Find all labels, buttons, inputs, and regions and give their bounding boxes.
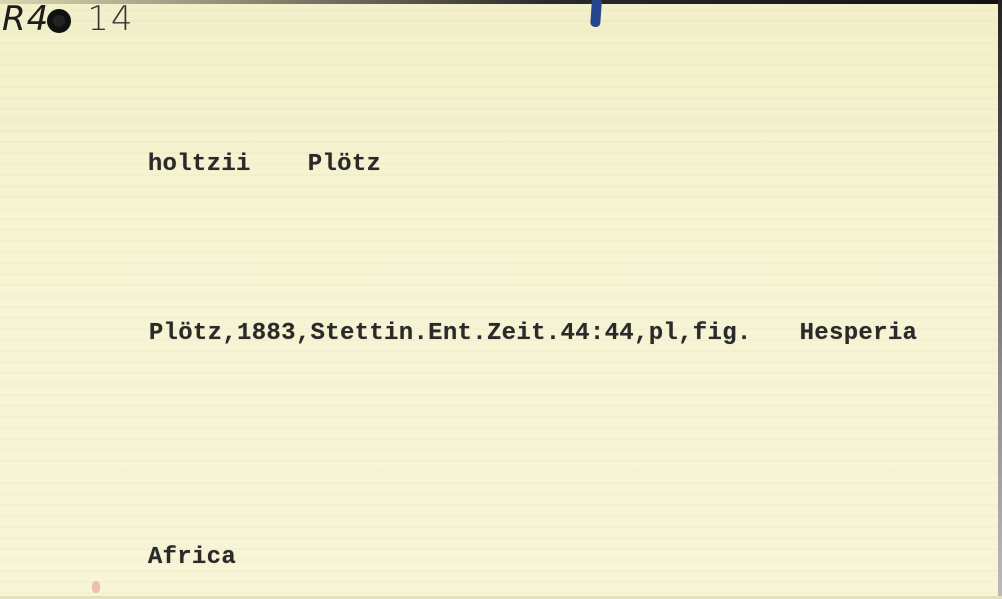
region-text: Africa — [148, 544, 236, 571]
card-right-edge — [998, 0, 1002, 599]
accession-code: R414 — [2, 2, 135, 36]
species-author: Plötz — [308, 151, 382, 178]
card-top-edge — [0, 0, 1002, 4]
blue-tab-mark — [590, 0, 602, 27]
citation-line: Plötz,1883,Stettin.Ent.Zeit.44:44,pl,fig… — [90, 293, 917, 374]
region-line: Africa — [89, 517, 236, 598]
accession-circled-digit — [47, 9, 71, 33]
citation-text: Plötz,1883,Stettin.Ent.Zeit.44:44,pl,fig… — [149, 320, 752, 347]
index-card: R414 holtziiPlötz Plötz,1883,Stettin.Ent… — [0, 0, 1002, 599]
genus-name: Hesperia — [800, 320, 918, 347]
accession-prefix: R4 — [2, 0, 49, 39]
species-line: holtziiPlötz — [89, 124, 381, 205]
species-epithet: holtzii — [148, 151, 251, 178]
accession-suffix: 14 — [87, 0, 134, 39]
